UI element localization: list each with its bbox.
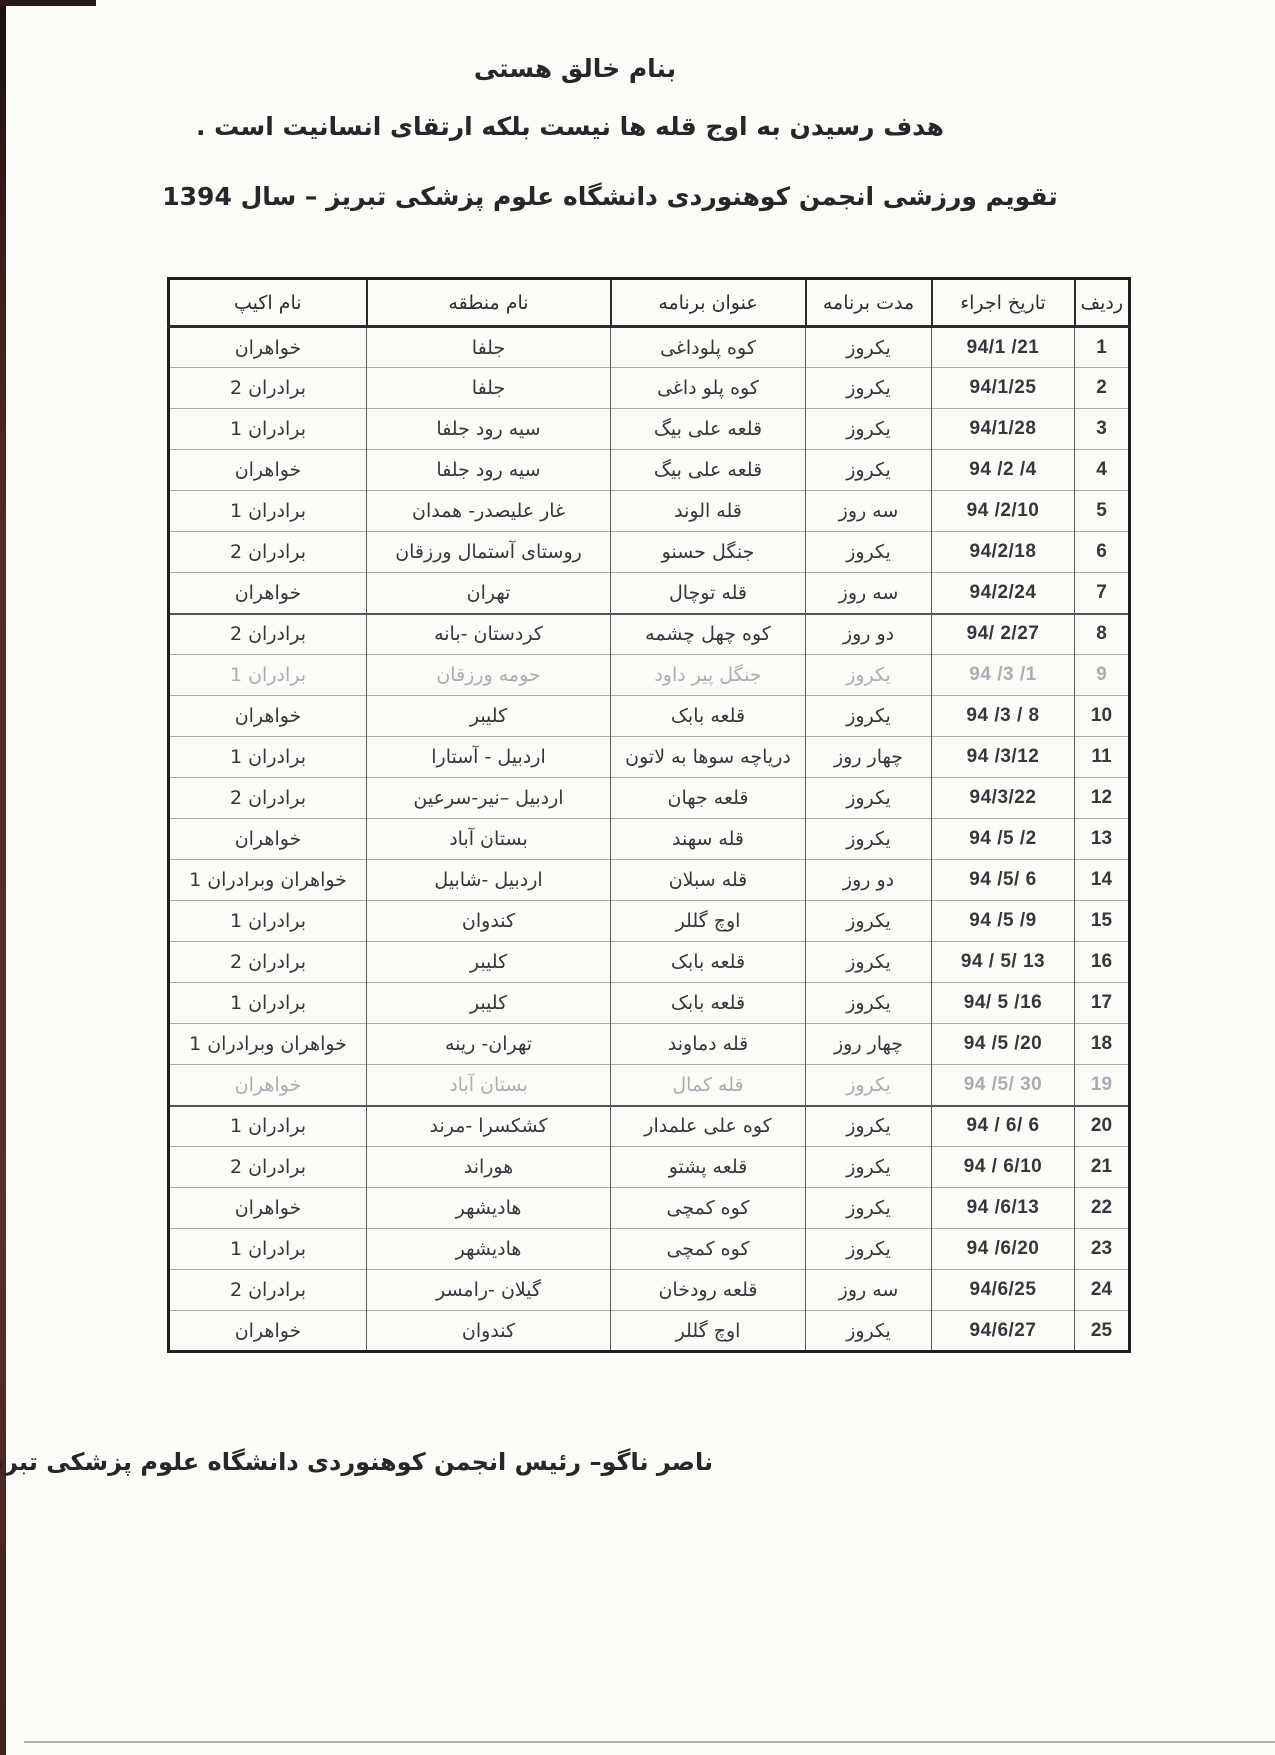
cell-program: قله توچال	[611, 573, 806, 614]
cell-program: قله دماوند	[611, 1024, 806, 1065]
cell-team: برادران 2	[169, 1147, 367, 1188]
cell-date: 94/1/28	[932, 409, 1075, 450]
cell-program: کوه کمچی	[611, 1188, 806, 1229]
cell-team: خواهران وبرادران 1	[169, 1024, 367, 1065]
cell-team: برادران 1	[169, 491, 367, 532]
cell-duration: یکروز	[806, 983, 932, 1024]
table-row: 594 /2/10سه روزقله الوندغار علیصدر- همدا…	[169, 491, 1130, 532]
cell-region: اردبیل -شابیل	[367, 860, 611, 901]
cell-duration: یکروز	[806, 1147, 932, 1188]
cell-date: 94 /5 /20	[932, 1024, 1075, 1065]
table-row: 994 /3 /1یکروزجنگل پیر داودحومه ورزقانبر…	[169, 655, 1130, 696]
table-row: 494 /2 /4یکروزقلعه علی بیگسیه رود جلفاخو…	[169, 450, 1130, 491]
cell-date: 94/2/24	[932, 573, 1075, 614]
table-row: 1694 / 5/ 13یکروزقلعه بابککلیبربرادران 2	[169, 942, 1130, 983]
header-region: نام منطقه	[367, 279, 611, 327]
cell-team: خواهران	[169, 696, 367, 737]
cell-row: 16	[1075, 942, 1130, 983]
cell-row: 14	[1075, 860, 1130, 901]
cell-row: 11	[1075, 737, 1130, 778]
cell-team: خواهران	[169, 1311, 367, 1352]
cell-date: 94 /3 / 8	[932, 696, 1075, 737]
cell-date: 94/3/22	[932, 778, 1075, 819]
cell-duration: یکروز	[806, 819, 932, 860]
cell-program: جنگل پیر داود	[611, 655, 806, 696]
scan-edge-left	[0, 0, 6, 1755]
cell-row: 25	[1075, 1311, 1130, 1352]
cell-row: 24	[1075, 1270, 1130, 1311]
cell-region: تهران	[367, 573, 611, 614]
cell-date: 94/6/25	[932, 1270, 1075, 1311]
cell-row: 22	[1075, 1188, 1130, 1229]
cell-date: 94 /3/12	[932, 737, 1075, 778]
table-row: 1194 /3/12چهار روزدریاچه سوها به لاتونار…	[169, 737, 1130, 778]
cell-team: برادران 1	[169, 1106, 367, 1147]
cell-row: 13	[1075, 819, 1130, 860]
table-row: 1994 /5/ 30یکروزقله کمالبستان آبادخواهرا…	[169, 1065, 1130, 1106]
cell-date: 94 / 6/ 6	[932, 1106, 1075, 1147]
cell-program: قلعه بابک	[611, 942, 806, 983]
cell-date: 94/1 /21	[932, 327, 1075, 368]
cell-program: اوچ گللر	[611, 901, 806, 942]
cell-date: 94 /5 /9	[932, 901, 1075, 942]
cell-date: 94 /5/ 6	[932, 860, 1075, 901]
cell-team: خواهران	[169, 573, 367, 614]
table-row: 194/1 /21یکروزکوه پلوداغیجلفاخواهران	[169, 327, 1130, 368]
cell-row: 7	[1075, 573, 1130, 614]
cell-region: تهران- رینه	[367, 1024, 611, 1065]
scan-edge-top	[0, 0, 96, 6]
cell-date: 94/ 2/27	[932, 614, 1075, 655]
cell-region: اردبیل - آستارا	[367, 737, 611, 778]
cell-region: کندوان	[367, 901, 611, 942]
cell-row: 19	[1075, 1065, 1130, 1106]
header-team: نام اکیپ	[169, 279, 367, 327]
cell-program: قلعه بابک	[611, 696, 806, 737]
cell-region: غار علیصدر- همدان	[367, 491, 611, 532]
table-row: 2294 /6/13یکروزکوه کمچیهادیشهرخواهران	[169, 1188, 1130, 1229]
cell-team: خواهران	[169, 327, 367, 368]
cell-program: کوه چهل چشمه	[611, 614, 806, 655]
cell-team: برادران 2	[169, 614, 367, 655]
cell-region: گیلان -رامسر	[367, 1270, 611, 1311]
table-row: 394/1/28یکروزقلعه علی بیگسیه رود جلفابرا…	[169, 409, 1130, 450]
table-row: 1394 /5 /2یکروزقله سهندبستان آبادخواهران	[169, 819, 1130, 860]
cell-date: 94 /6/13	[932, 1188, 1075, 1229]
cell-team: برادران 1	[169, 983, 367, 1024]
cell-duration: یکروز	[806, 450, 932, 491]
table-row: 1294/3/22یکروزقلعه جهاناردبیل –نیر-سرعین…	[169, 778, 1130, 819]
cell-row: 2	[1075, 368, 1130, 409]
cell-program: کوه علی علمدار	[611, 1106, 806, 1147]
cell-team: خواهران وبرادران 1	[169, 860, 367, 901]
cell-date: 94 /2/10	[932, 491, 1075, 532]
table-header-row: ردیف تاریخ اجراء مدت برنامه عنوان برنامه…	[169, 279, 1130, 327]
cell-region: جلفا	[367, 368, 611, 409]
cell-program: کوه پلوداغی	[611, 327, 806, 368]
cell-duration: یکروز	[806, 368, 932, 409]
cell-program: کوه پلو داغی	[611, 368, 806, 409]
cell-row: 12	[1075, 778, 1130, 819]
table-row: 894/ 2/27دو روزکوه چهل چشمهکردستان -بانه…	[169, 614, 1130, 655]
cell-duration: یکروز	[806, 1188, 932, 1229]
cell-date: 94 /5/ 30	[932, 1065, 1075, 1106]
schedule-table: ردیف تاریخ اجراء مدت برنامه عنوان برنامه…	[167, 277, 1131, 1353]
cell-duration: یکروز	[806, 1229, 932, 1270]
cell-region: کردستان -بانه	[367, 614, 611, 655]
cell-program: قلعه جهان	[611, 778, 806, 819]
cell-duration: یکروز	[806, 942, 932, 983]
cell-region: اردبیل –نیر-سرعین	[367, 778, 611, 819]
cell-row: 3	[1075, 409, 1130, 450]
cell-region: هادیشهر	[367, 1229, 611, 1270]
cell-duration: یکروز	[806, 778, 932, 819]
table-row: 1894 /5 /20چهار روزقله دماوندتهران- رینه…	[169, 1024, 1130, 1065]
cell-date: 94/6/27	[932, 1311, 1075, 1352]
cell-region: بستان آباد	[367, 819, 611, 860]
cell-team: برادران 2	[169, 368, 367, 409]
cell-program: قلعه رودخان	[611, 1270, 806, 1311]
cell-program: اوچ گللر	[611, 1311, 806, 1352]
cell-team: برادران 1	[169, 1229, 367, 1270]
header-program: عنوان برنامه	[611, 279, 806, 327]
cell-program: قله سبلان	[611, 860, 806, 901]
cell-row: 10	[1075, 696, 1130, 737]
cell-row: 6	[1075, 532, 1130, 573]
cell-duration: یکروز	[806, 327, 932, 368]
cell-program: قلعه بابک	[611, 983, 806, 1024]
cell-row: 18	[1075, 1024, 1130, 1065]
cell-team: برادران 2	[169, 942, 367, 983]
cell-program: دریاچه سوها به لاتون	[611, 737, 806, 778]
table-row: 1594 /5 /9یکروزاوچ گللرکندوانبرادران 1	[169, 901, 1130, 942]
cell-team: برادران 1	[169, 655, 367, 696]
cell-region: کشکسرا -مرند	[367, 1106, 611, 1147]
cell-duration: سه روز	[806, 491, 932, 532]
cell-program: جنگل حسنو	[611, 532, 806, 573]
schedule-table-body: 194/1 /21یکروزکوه پلوداغیجلفاخواهران294/…	[169, 327, 1130, 1352]
cell-program: قلعه علی بیگ	[611, 450, 806, 491]
header-row-number: ردیف	[1075, 279, 1130, 327]
table-row: 794/2/24سه روزقله توچالتهرانخواهران	[169, 573, 1130, 614]
cell-program: قله کمال	[611, 1065, 806, 1106]
signature-line: ناصر ناگو– رئیس انجمن کوهنوردی دانشگاه ع…	[68, 1448, 713, 1476]
cell-region: کندوان	[367, 1311, 611, 1352]
table-row: 1794/ 5 /16یکروزقلعه بابککلیبربرادران 1	[169, 983, 1130, 1024]
cell-row: 23	[1075, 1229, 1130, 1270]
cell-duration: یکروز	[806, 1311, 932, 1352]
table-row: 294/1/25یکروزکوه پلو داغیجلفابرادران 2	[169, 368, 1130, 409]
cell-duration: سه روز	[806, 573, 932, 614]
cell-date: 94 /2 /4	[932, 450, 1075, 491]
cell-team: خواهران	[169, 450, 367, 491]
cell-date: 94/1/25	[932, 368, 1075, 409]
table-row: 1094 /3 / 8یکروزقلعه بابککلیبرخواهران	[169, 696, 1130, 737]
cell-date: 94 / 6/10	[932, 1147, 1075, 1188]
bismillah-line: بنام خالق هستی	[0, 54, 1150, 83]
cell-date: 94 /6/20	[932, 1229, 1075, 1270]
cell-row: 17	[1075, 983, 1130, 1024]
cell-region: هادیشهر	[367, 1188, 611, 1229]
cell-program: قلعه علی بیگ	[611, 409, 806, 450]
cell-date: 94 /5 /2	[932, 819, 1075, 860]
header-date: تاریخ اجراء	[932, 279, 1075, 327]
cell-team: برادران 2	[169, 1270, 367, 1311]
cell-row: 15	[1075, 901, 1130, 942]
cell-duration: یکروز	[806, 409, 932, 450]
cell-team: خواهران	[169, 819, 367, 860]
scan-edge-bottom	[24, 1741, 1275, 1743]
cell-region: حومه ورزقان	[367, 655, 611, 696]
cell-team: برادران 2	[169, 778, 367, 819]
cell-row: 1	[1075, 327, 1130, 368]
cell-date: 94/2/18	[932, 532, 1075, 573]
scanned-page: بنام خالق هستی هدف رسیدن به اوج قله ها ن…	[0, 0, 1275, 1755]
cell-date: 94 / 5/ 13	[932, 942, 1075, 983]
cell-row: 4	[1075, 450, 1130, 491]
cell-region: سیه رود جلفا	[367, 409, 611, 450]
cell-region: بستان آباد	[367, 1065, 611, 1106]
cell-region: روستای آستمال ورزقان	[367, 532, 611, 573]
cell-region: جلفا	[367, 327, 611, 368]
table-row: 2594/6/27یکروزاوچ گللرکندوانخواهران	[169, 1311, 1130, 1352]
cell-row: 8	[1075, 614, 1130, 655]
cell-team: برادران 1	[169, 737, 367, 778]
cell-team: خواهران	[169, 1188, 367, 1229]
cell-row: 21	[1075, 1147, 1130, 1188]
cell-date: 94 /3 /1	[932, 655, 1075, 696]
cell-program: قله سهند	[611, 819, 806, 860]
cell-duration: سه روز	[806, 1270, 932, 1311]
table-row: 2494/6/25سه روزقلعه رودخانگیلان -رامسربر…	[169, 1270, 1130, 1311]
cell-team: برادران 2	[169, 532, 367, 573]
cell-region: هوراند	[367, 1147, 611, 1188]
cell-duration: یکروز	[806, 1065, 932, 1106]
cell-program: قلعه پشتو	[611, 1147, 806, 1188]
cell-row: 5	[1075, 491, 1130, 532]
cell-duration: چهار روز	[806, 737, 932, 778]
cell-duration: دو روز	[806, 860, 932, 901]
cell-duration: یکروز	[806, 532, 932, 573]
header-duration: مدت برنامه	[806, 279, 932, 327]
page-title: تقویم ورزشی انجمن کوهنوردی دانشگاه علوم …	[0, 182, 1220, 211]
cell-team: خواهران	[169, 1065, 367, 1106]
table-row: 2394 /6/20یکروزکوه کمچیهادیشهربرادران 1	[169, 1229, 1130, 1270]
cell-duration: چهار روز	[806, 1024, 932, 1065]
table-row: 2194 / 6/10یکروزقلعه پشتوهوراندبرادران 2	[169, 1147, 1130, 1188]
table-row: 2094 / 6/ 6یکروزکوه علی علمدارکشکسرا -مر…	[169, 1106, 1130, 1147]
cell-row: 9	[1075, 655, 1130, 696]
cell-duration: یکروز	[806, 655, 932, 696]
cell-duration: یکروز	[806, 696, 932, 737]
cell-duration: یکروز	[806, 1106, 932, 1147]
cell-duration: دو روز	[806, 614, 932, 655]
table-row: 694/2/18یکروزجنگل حسنوروستای آستمال ورزق…	[169, 532, 1130, 573]
cell-date: 94/ 5 /16	[932, 983, 1075, 1024]
cell-team: برادران 1	[169, 409, 367, 450]
cell-region: کلیبر	[367, 983, 611, 1024]
cell-row: 20	[1075, 1106, 1130, 1147]
cell-duration: یکروز	[806, 901, 932, 942]
cell-region: سیه رود جلفا	[367, 450, 611, 491]
cell-region: کلیبر	[367, 942, 611, 983]
cell-team: برادران 1	[169, 901, 367, 942]
cell-program: کوه کمچی	[611, 1229, 806, 1270]
table-row: 1494 /5/ 6دو روزقله سبلاناردبیل -شابیلخو…	[169, 860, 1130, 901]
cell-region: کلیبر	[367, 696, 611, 737]
motto-line: هدف رسیدن به اوج قله ها نیست بلکه ارتقای…	[0, 112, 1140, 141]
cell-program: قله الوند	[611, 491, 806, 532]
